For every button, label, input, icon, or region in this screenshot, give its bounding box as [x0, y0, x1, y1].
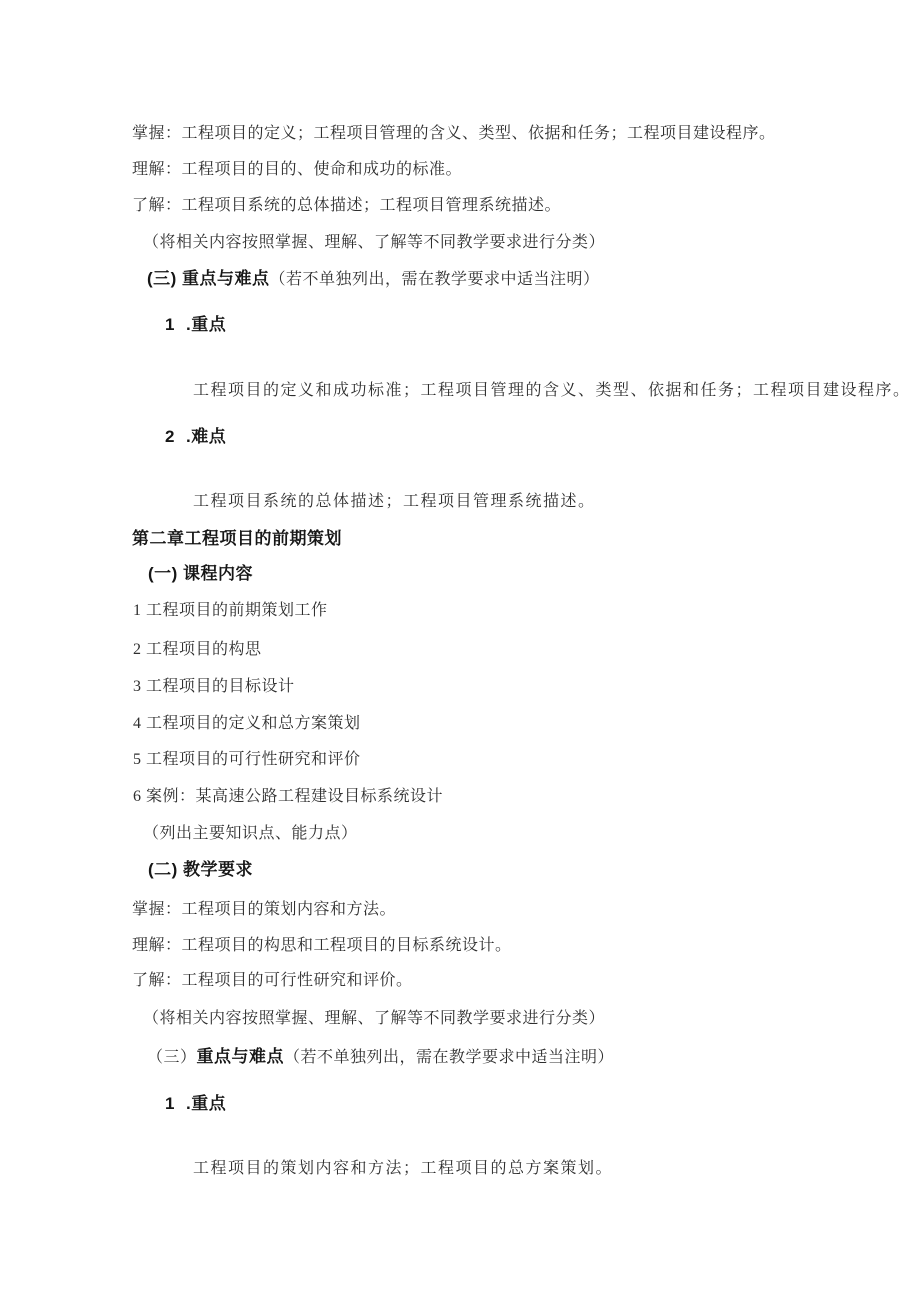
- ch2-chapter-heading: 第二章工程项目的前期策划: [132, 529, 342, 549]
- ch1-keypoints-heading-bold: (三) 重点与难点: [147, 269, 270, 288]
- ch1-difficulty-subheading: 2.难点: [165, 427, 226, 447]
- ch2-keypoints-heading-bold: 重点与难点: [197, 1047, 285, 1066]
- ch2-note-knowledge: （列出主要知识点、能力点）: [143, 824, 358, 844]
- ch2-course-item-5: 5 工程项目的可行性研究和评价: [133, 750, 361, 770]
- ch1-keypoint-subheading: 1.重点: [165, 315, 226, 335]
- ch1-keypoint-number: 1: [165, 315, 175, 334]
- ch1-keypoints-heading-note: （若不单独列出，需在教学要求中适当注明）: [270, 271, 600, 288]
- ch2-section-keypoints-heading: （三）重点与难点（若不单独列出，需在教学要求中适当注明）: [147, 1047, 614, 1068]
- ch2-course-item-6: 6 案例：某高速公路工程建设目标系统设计: [133, 787, 443, 807]
- ch2-keypoints-heading-prefix: （三）: [147, 1049, 197, 1066]
- ch2-req-know: 了解：工程项目的可行性研究和评价。: [132, 971, 413, 991]
- ch1-difficulty-label: .难点: [186, 427, 226, 446]
- ch1-difficulty-content: 工程项目系统的总体描述；工程项目管理系统描述。: [193, 492, 596, 512]
- ch2-req-understand: 理解：工程项目的构思和工程项目的目标系统设计。: [132, 936, 512, 956]
- ch2-section-content-heading: (一) 课程内容: [148, 564, 253, 584]
- ch1-section-keypoints-heading: (三) 重点与难点（若不单独列出，需在教学要求中适当注明）: [147, 269, 600, 290]
- ch1-req-understand: 理解：工程项目的目的、使命和成功的标准。: [132, 160, 462, 180]
- ch2-course-item-1: 1 工程项目的前期策划工作: [133, 601, 328, 621]
- ch1-note-classify: （将相关内容按照掌握、理解、了解等不同教学要求进行分类）: [143, 233, 605, 253]
- ch1-req-master: 掌握：工程项目的定义；工程项目管理的含义、类型、依据和任务；工程项目建设程序。: [132, 124, 776, 144]
- ch1-difficulty-number: 2: [165, 427, 175, 446]
- ch2-keypoint-content: 工程项目的策划内容和方法；工程项目的总方案策划。: [193, 1159, 613, 1179]
- ch2-course-item-2: 2 工程项目的构思: [133, 640, 262, 660]
- ch1-req-know: 了解：工程项目系统的总体描述；工程项目管理系统描述。: [132, 196, 561, 216]
- ch2-section-teaching-heading: (二) 教学要求: [148, 860, 253, 880]
- ch2-course-item-3: 3 工程项目的目标设计: [133, 677, 295, 697]
- ch2-keypoint-label: .重点: [186, 1094, 226, 1113]
- ch1-keypoint-content: 工程项目的定义和成功标准；工程项目管理的含义、类型、依据和任务；工程项目建设程序…: [193, 381, 911, 401]
- ch2-keypoint-subheading: 1.重点: [165, 1094, 226, 1114]
- ch2-req-master: 掌握：工程项目的策划内容和方法。: [132, 900, 396, 920]
- ch1-keypoint-label: .重点: [186, 315, 226, 334]
- document-page: 掌握：工程项目的定义；工程项目管理的含义、类型、依据和任务；工程项目建设程序。 …: [0, 0, 920, 1301]
- ch2-note-classify: （将相关内容按照掌握、理解、了解等不同教学要求进行分类）: [143, 1009, 605, 1029]
- ch2-keypoint-number: 1: [165, 1094, 175, 1113]
- ch2-keypoints-heading-note: （若不单独列出，需在教学要求中适当注明）: [284, 1049, 614, 1066]
- ch2-course-item-4: 4 工程项目的定义和总方案策划: [133, 714, 361, 734]
